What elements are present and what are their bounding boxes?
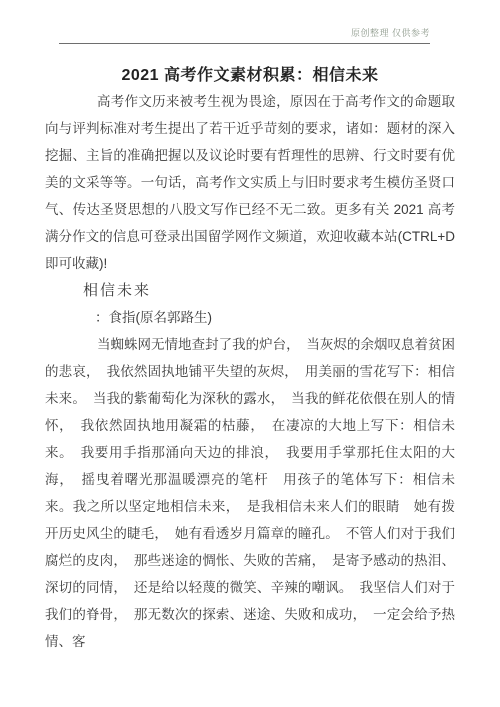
intro-paragraph: 高考作文历来被考生视为畏途，原因在于高考作文的命题取向与评判标准对考生提出了若干…	[45, 88, 455, 277]
poem-title: 相信未来	[45, 277, 455, 304]
header-divider	[59, 43, 430, 44]
document-body: 高考作文历来被考生视为畏途，原因在于高考作文的命题取向与评判标准对考生提出了若干…	[45, 88, 455, 655]
page-title: 2021 高考作文素材积累：相信未来	[0, 62, 500, 85]
header-note: 原创整理 仅供参考	[351, 26, 430, 39]
poem-author-line: ：食指(原名郭路生)	[45, 304, 455, 331]
poem-body: 当蜘蛛网无情地查封了我的炉台， 当灰烬的余烟叹息着贫困的悲哀， 我依然固执地铺平…	[45, 331, 455, 655]
document-page: 原创整理 仅供参考 2021 高考作文素材积累：相信未来 高考作文历来被考生视为…	[0, 0, 500, 707]
